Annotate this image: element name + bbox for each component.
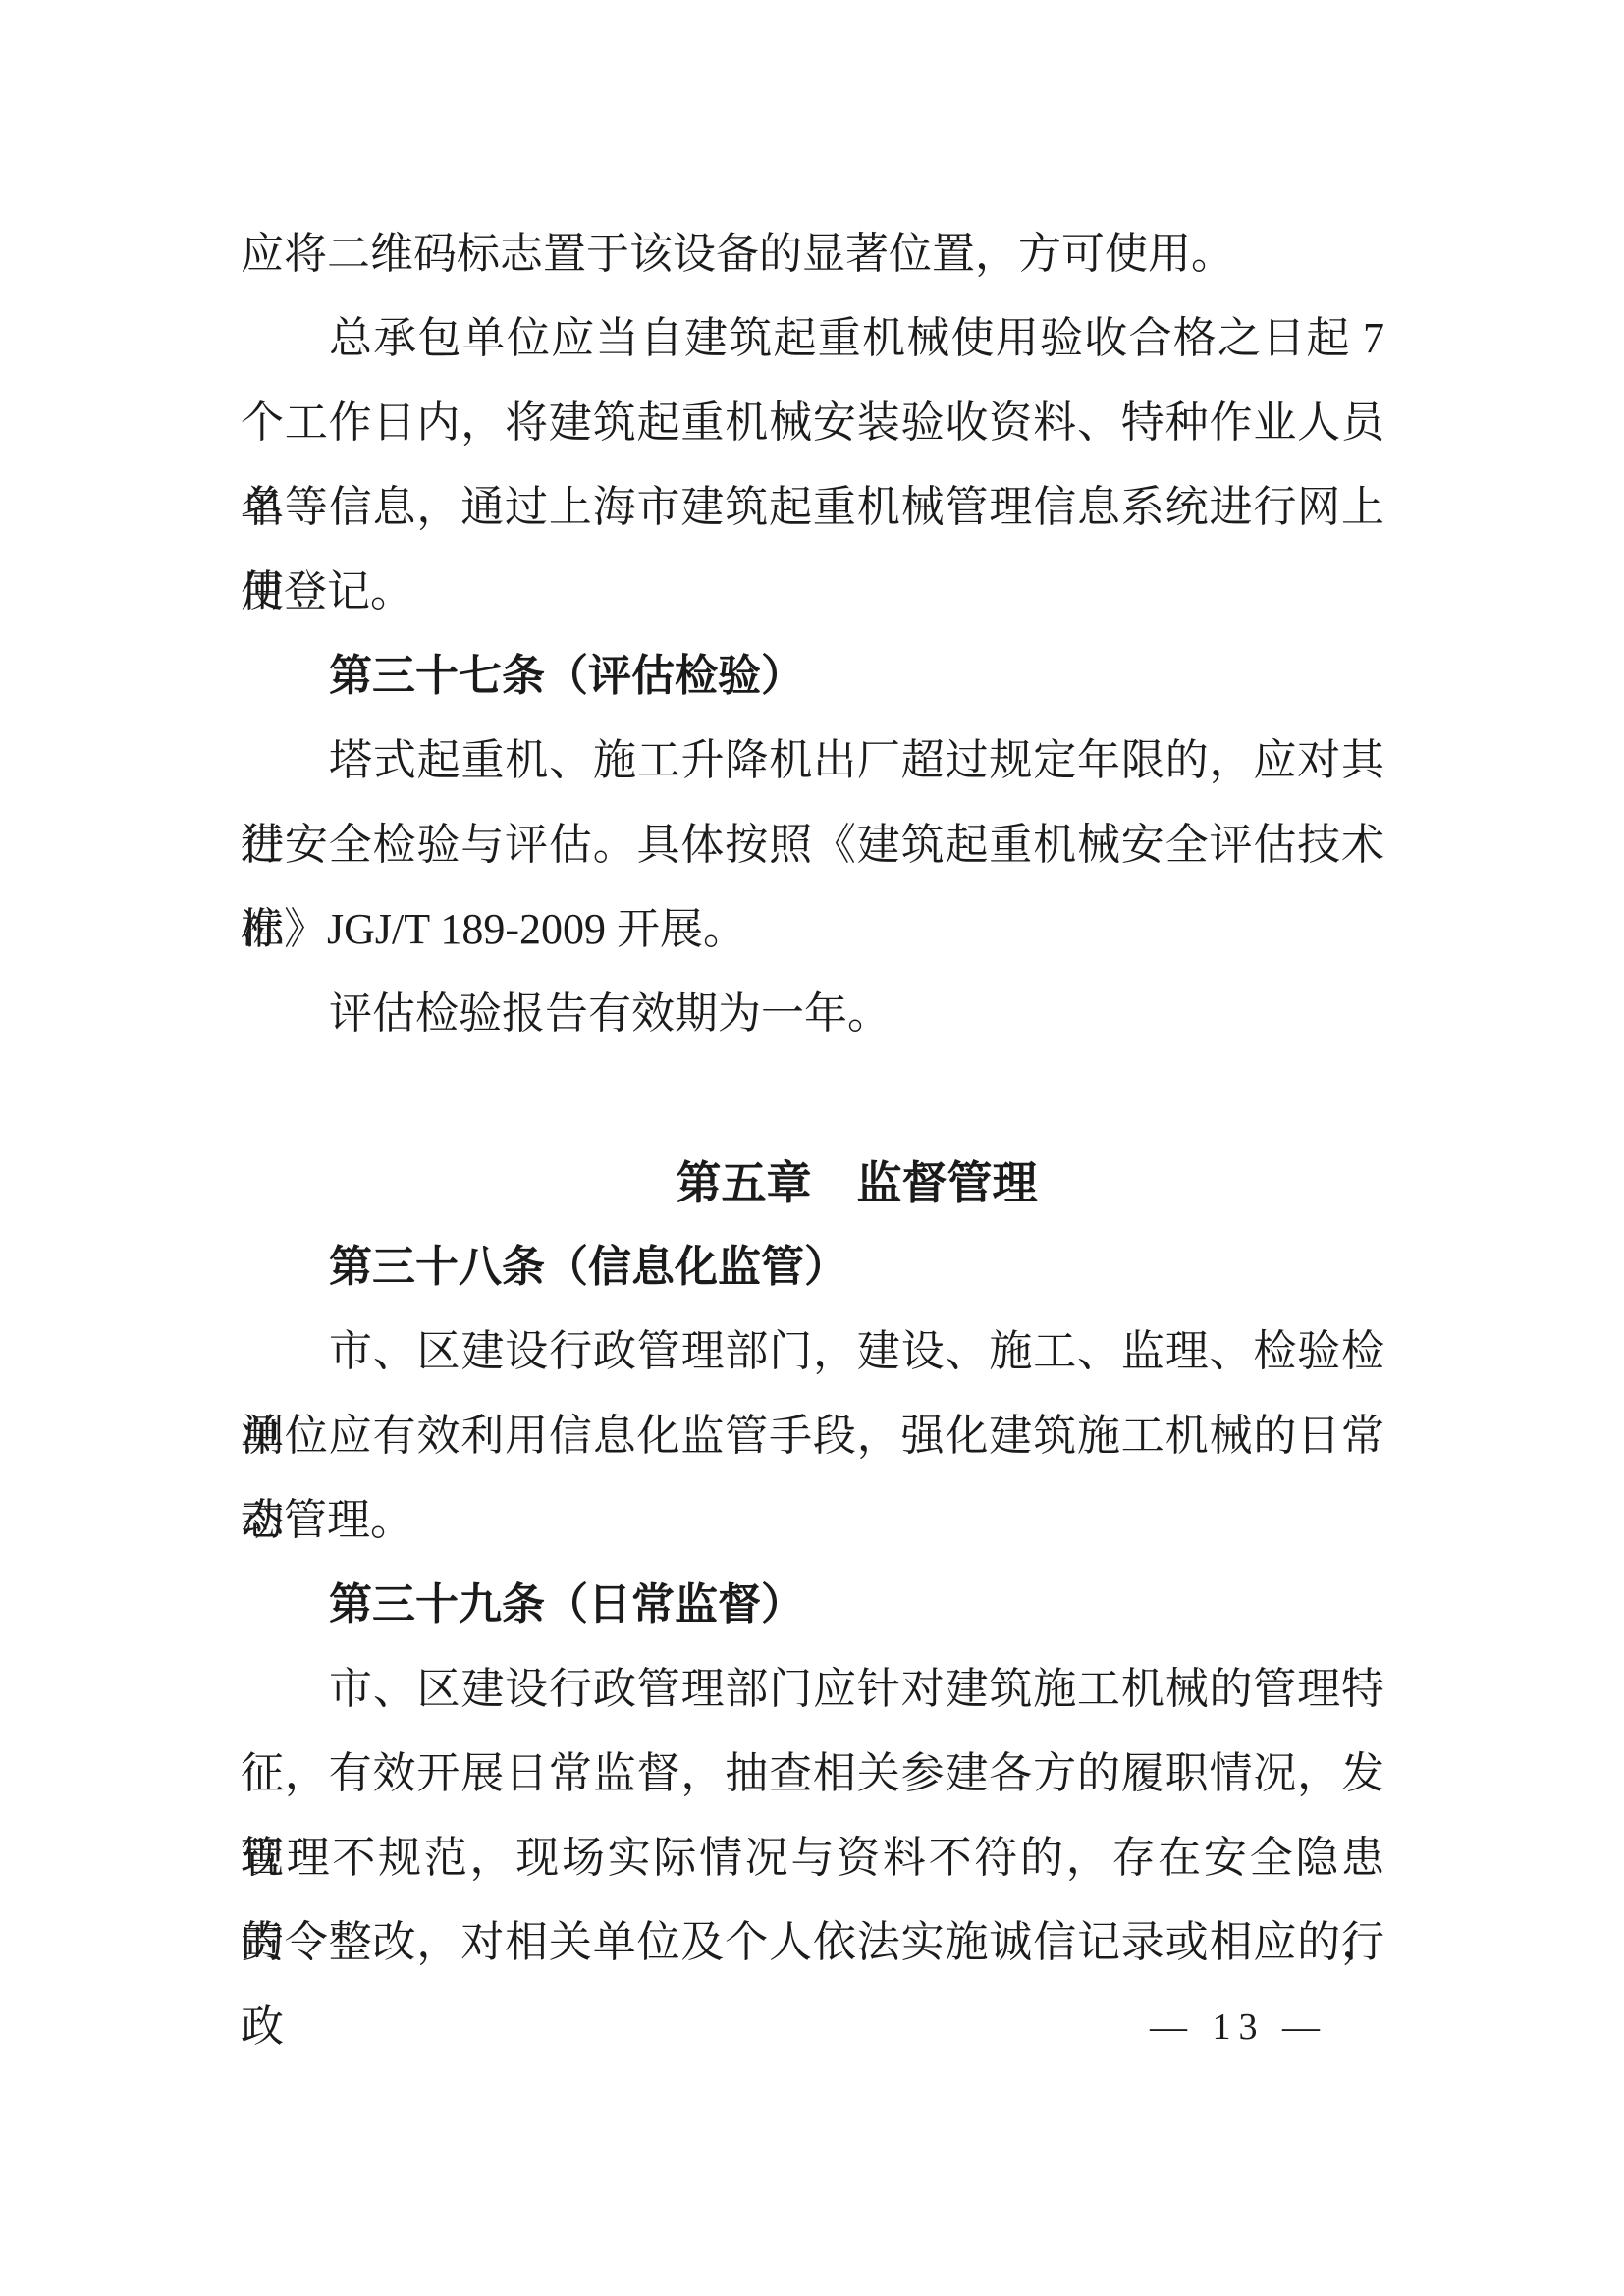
document-body: 应将二维码标志置于该设备的显著位置，方可使用。 总承包单位应当自建筑起重机械使用… bbox=[241, 212, 1384, 2069]
page-number: — 13 — bbox=[241, 1985, 1384, 2069]
text-line: 行安全检验与评估。具体按照《建筑起重机械安全评估技术标 bbox=[241, 803, 1384, 887]
text-line: 市、区建设行政管理部门，建设、施工、监理、检验检测 bbox=[241, 1309, 1384, 1394]
text-line: 用登记。 bbox=[241, 550, 1384, 634]
document-page: 应将二维码标志置于该设备的显著位置，方可使用。 总承包单位应当自建筑起重机械使用… bbox=[0, 0, 1624, 2296]
text-line: 责令整改，对相关单位及个人依法实施诚信记录或相应的行政 bbox=[241, 1900, 1384, 1985]
text-line: 管理不规范，现场实际情况与资料不符的，存在安全隐患的， bbox=[241, 1816, 1384, 1900]
text-line: 个工作日内，将建筑起重机械安装验收资料、特种作业人员名 bbox=[241, 381, 1384, 465]
blank-line bbox=[241, 1056, 1384, 1141]
text-line: 态管理。 bbox=[241, 1478, 1384, 1563]
text-line: 市、区建设行政管理部门应针对建筑施工机械的管理特 bbox=[241, 1647, 1384, 1732]
article-heading: 第三十九条（日常监督） bbox=[241, 1563, 1384, 1647]
text-line: 塔式起重机、施工升降机出厂超过规定年限的，应对其进 bbox=[241, 719, 1384, 803]
text-line: 总承包单位应当自建筑起重机械使用验收合格之日起 7 bbox=[241, 296, 1384, 381]
text-line: 单等信息，通过上海市建筑起重机械管理信息系统进行网上使 bbox=[241, 465, 1384, 550]
text-line: 应将二维码标志置于该设备的显著位置，方可使用。 bbox=[241, 212, 1384, 296]
text-line: 征，有效开展日常监督，抽查相关参建各方的履职情况，发现 bbox=[241, 1732, 1384, 1816]
article-heading: 第三十七条（评估检验） bbox=[241, 634, 1384, 719]
text-line: 准》JGJ/T 189-2009 开展。 bbox=[241, 887, 1384, 972]
chapter-heading: 第五章 监督管理 bbox=[241, 1141, 1384, 1225]
article-heading: 第三十八条（信息化监管） bbox=[241, 1225, 1384, 1309]
text-line: 评估检验报告有效期为一年。 bbox=[241, 972, 1384, 1056]
text-line: 单位应有效利用信息化监管手段，强化建筑施工机械的日常动 bbox=[241, 1394, 1384, 1478]
